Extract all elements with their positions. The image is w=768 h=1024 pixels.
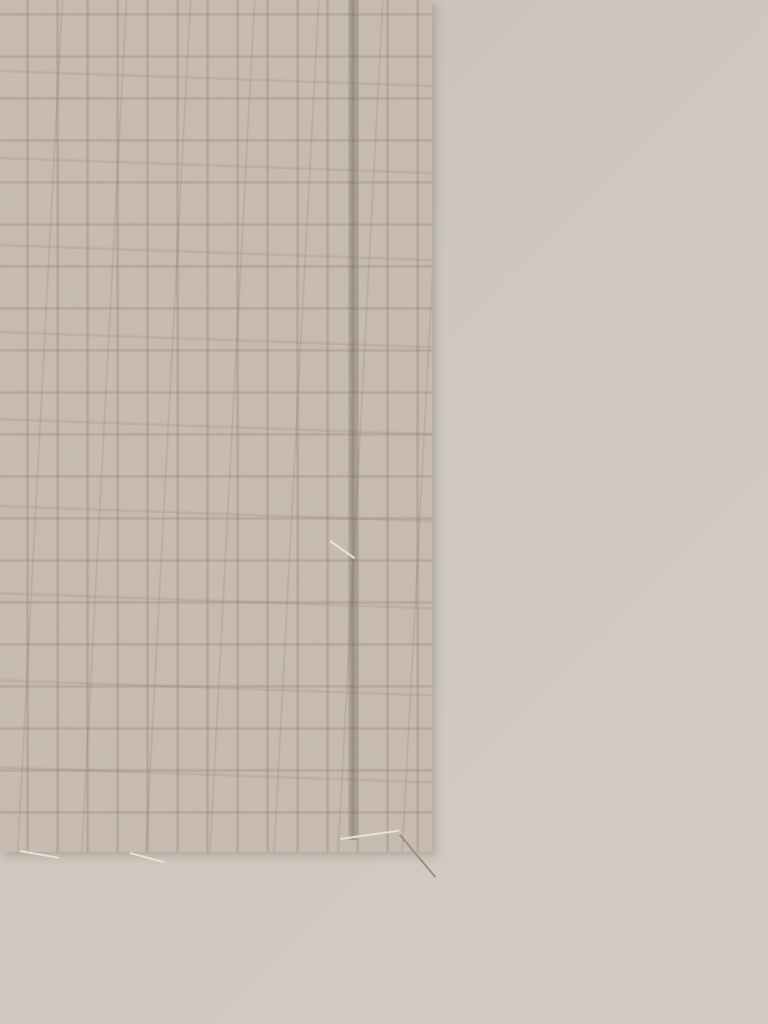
fabric-fold-seam bbox=[348, 0, 358, 840]
fabric-piece bbox=[0, 0, 432, 852]
